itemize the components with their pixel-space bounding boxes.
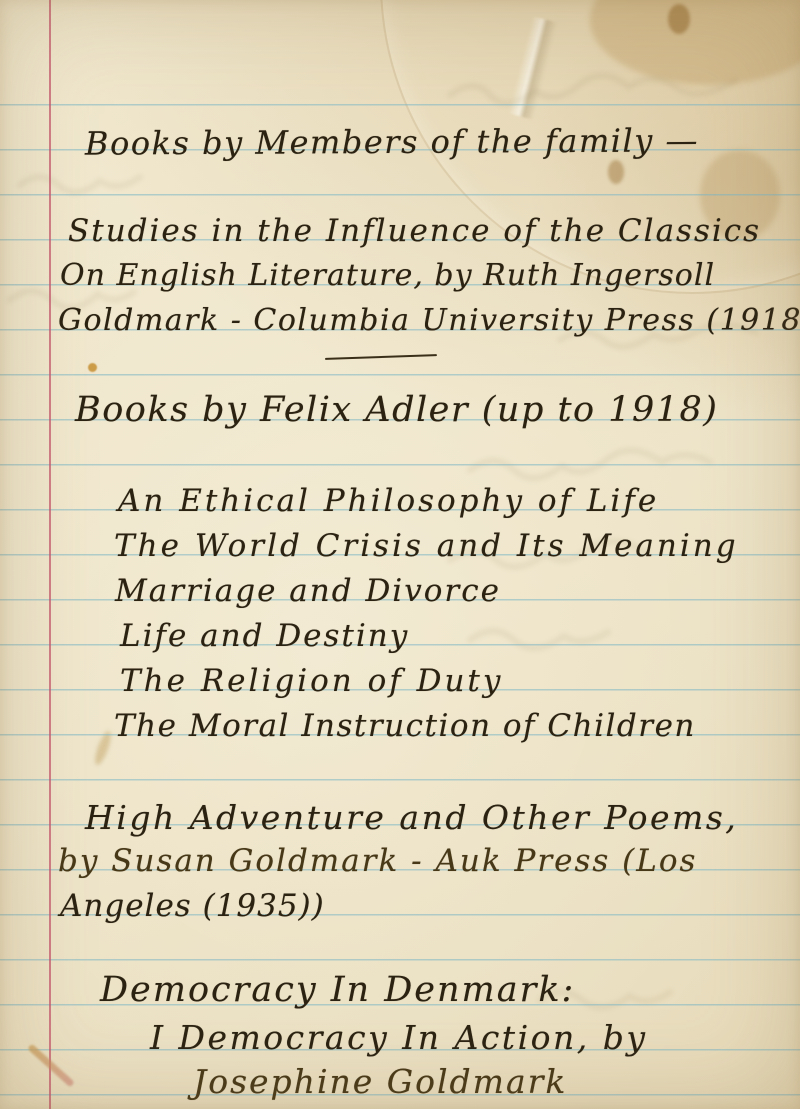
goldmark-entry-line: On English Literature, by Ruth Ingersoll xyxy=(60,261,715,291)
adler-title: An Ethical Philosophy of Life xyxy=(118,486,659,517)
goldmark-entry-line: Goldmark - Columbia University Press (19… xyxy=(58,306,800,336)
denmark-entry-heading: Democracy In Denmark: xyxy=(100,973,575,1008)
paper-stain xyxy=(668,4,690,34)
adler-title: The World Crisis and Its Meaning xyxy=(114,531,739,562)
margin-line xyxy=(49,0,51,1109)
denmark-entry-line: Josephine Goldmark xyxy=(193,1065,567,1098)
goldmark-entry-line: Studies in the Influence of the Classics xyxy=(68,216,761,247)
adler-title: The Moral Instruction of Children xyxy=(114,711,696,742)
adler-title: The Religion of Duty xyxy=(120,666,503,697)
page-title: Books by Members of the family — xyxy=(85,124,699,159)
adler-title: Marriage and Divorce xyxy=(115,576,501,607)
susan-entry-line: by Susan Goldmark - Auk Press (Los xyxy=(58,846,697,877)
susan-entry-line: Angeles (1935)) xyxy=(60,891,325,922)
adler-section-heading: Books by Felix Adler (up to 1918) xyxy=(75,393,718,428)
scanned-notebook-page: Books by Members of the family — Studies… xyxy=(0,0,800,1109)
susan-entry-line: High Adventure and Other Poems, xyxy=(85,801,738,834)
adler-title: Life and Destiny xyxy=(120,621,409,652)
denmark-entry-line: I Democracy In Action, by xyxy=(150,1021,648,1054)
